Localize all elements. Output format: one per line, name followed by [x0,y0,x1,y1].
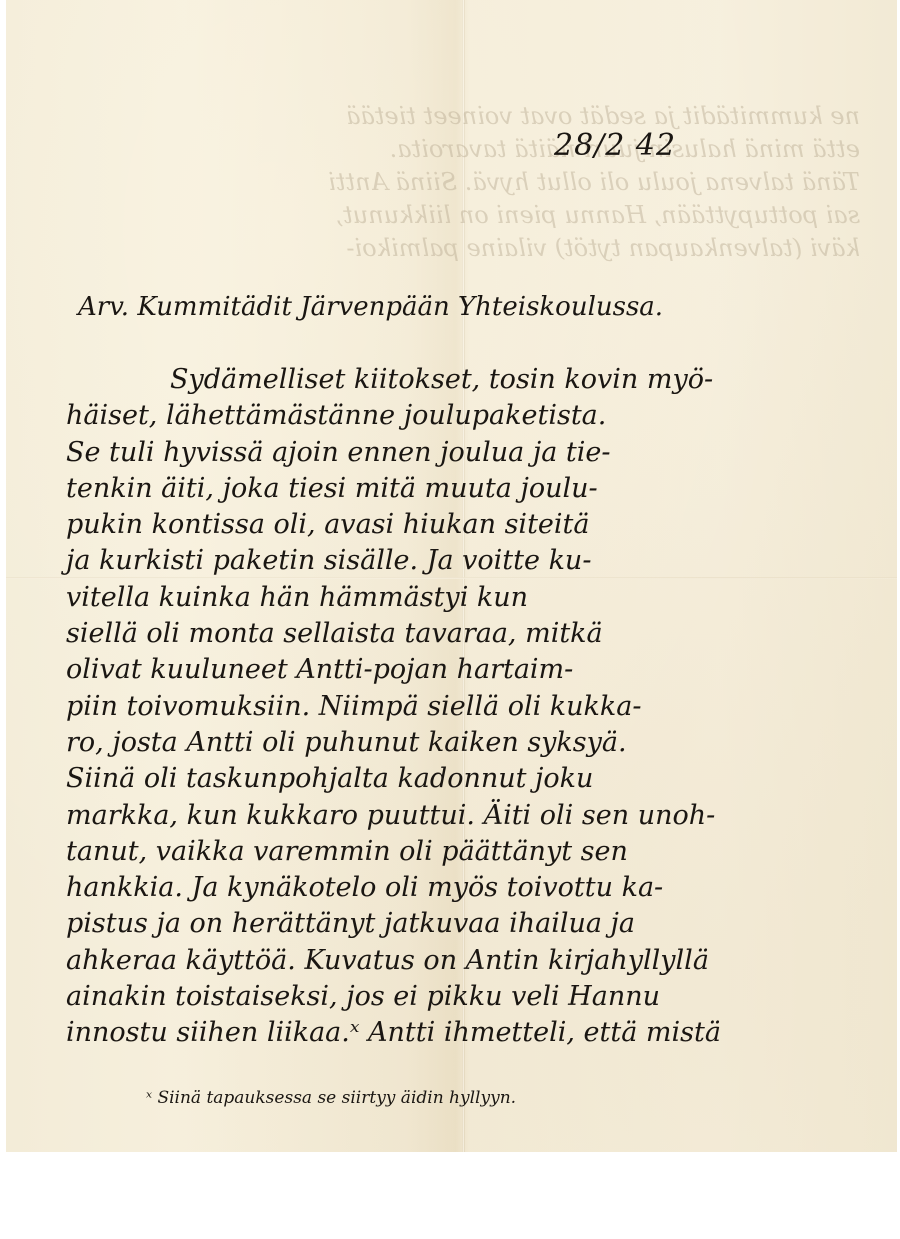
body-line: vitella kuinka hän hämmästyi kun [66,580,721,616]
body-line: Sydämelliset kiitokset, tosin kovin myö- [66,362,721,398]
body-line: pistus ja on herättänyt jatkuvaa ihailua… [66,906,721,942]
body-line: häiset, lähettämästänne joulupaketista. [66,398,721,434]
body-line: ahkeraa käyttöä. Kuvatus on Antin kirjah… [66,943,721,979]
body-line: pukin kontissa oli, avasi hiukan siteitä [66,507,721,543]
letter-body: Sydämelliset kiitokset, tosin kovin myö-… [66,362,721,1052]
bleed-line: kävi (talvenkaupan tytöt) vilaine palmik… [110,232,860,265]
letter-date: 28/2 42 [554,128,676,163]
body-line: ro, josta Antti oli puhunut kaiken syksy… [66,725,721,761]
body-line: ja kurkisti paketin sisälle. Ja voitte k… [66,543,721,579]
letter-salutation: Arv. Kummitädit Järvenpään Yhteiskouluss… [78,292,663,322]
bleed-line: sai pottupyttään, Hannu pieni on liikkun… [110,199,860,232]
body-line: hankkia. Ja kynäkotelo oli myös toivottu… [66,870,721,906]
body-line: tenkin äiti, joka tiesi mitä muuta joulu… [66,471,721,507]
letter-footnote: ˣ Siinä tapauksessa se siirtyy äidin hyl… [146,1088,516,1108]
body-line: Siinä oli taskunpohjalta kadonnut joku [66,761,721,797]
body-line: Se tuli hyvissä ajoin ennen joulua ja ti… [66,435,721,471]
body-line: olivat kuuluneet Antti-pojan hartaim- [66,652,721,688]
body-line: innostu siihen liikaa.ˣ Antti ihmetteli,… [66,1015,721,1051]
bleed-through-text: ne kummitädit ja sedät ovat voineet tiet… [110,100,860,265]
body-line: tanut, vaikka varemmin oli päättänyt sen [66,834,721,870]
bleed-line: Tänä talvena joulu oli ollut hyvä. Siinä… [110,166,860,199]
bleed-line: että minä halusin juuri näitä tavaroita. [110,133,860,166]
bleed-line: ne kummitädit ja sedät ovat voineet tiet… [110,100,860,133]
body-line: markka, kun kukkaro puuttui. Äiti oli se… [66,798,721,834]
body-line: piin toivomuksiin. Niimpä siellä oli kuk… [66,689,721,725]
body-line: ainakin toistaiseksi, jos ei pikku veli … [66,979,721,1015]
body-line: siellä oli monta sellaista tavaraa, mitk… [66,616,721,652]
